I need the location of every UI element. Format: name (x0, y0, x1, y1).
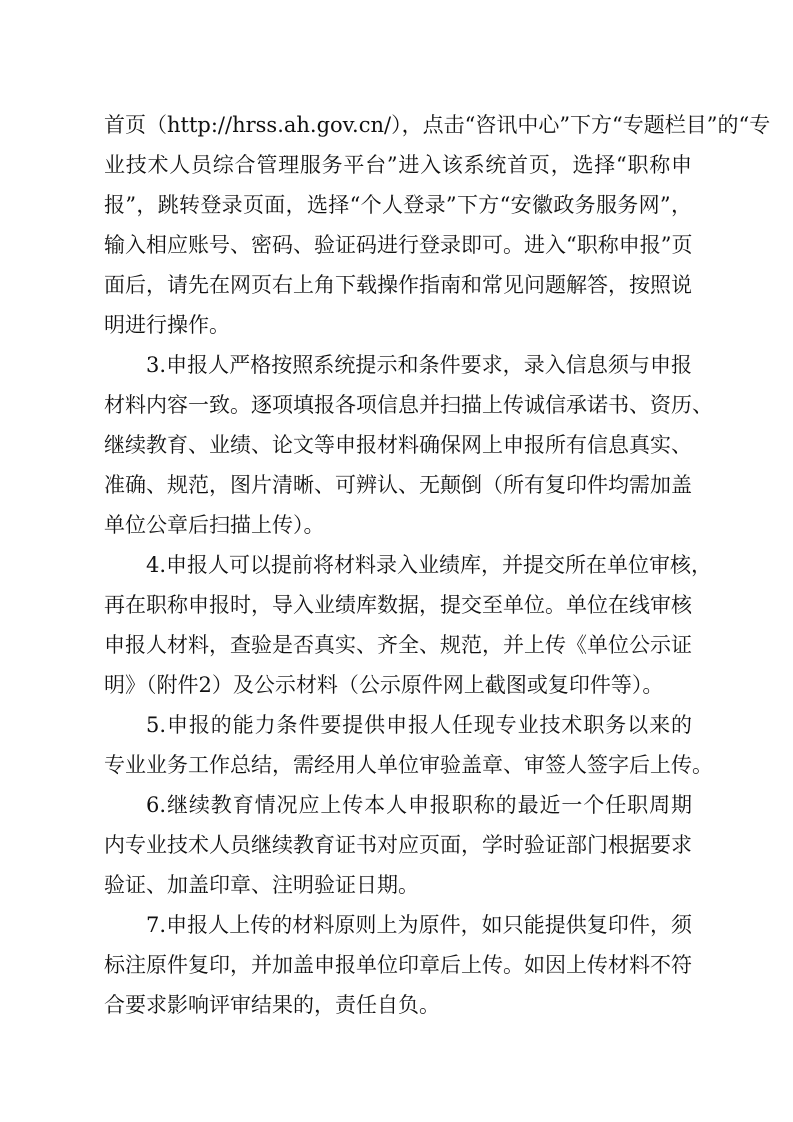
paragraph-login-instructions: 首页（http://hrss.ah.gov.cn/），点击“咨讯中心”下方“专题… (104, 105, 692, 345)
text-line: 5.申报的能力条件要提供申报人任现专业技术职务以来的 (104, 705, 692, 745)
text-line: 申报人材料，查验是否真实、齐全、规范，并上传《单位公示证 (104, 625, 692, 665)
text-line: 准确、规范，图片清晰、可辨认、无颠倒（所有复印件均需加盖 (104, 465, 692, 505)
text-line: 报”，跳转登录页面，选择“个人登录”下方“安徽政务服务网”， (104, 185, 692, 225)
text-line: 合要求影响评审结果的，责任自负。 (104, 985, 692, 1025)
text-line: 专业业务工作总结，需经用人单位审验盖章、审签人签字后上传。 (104, 745, 692, 785)
paragraph-item-7: 7.申报人上传的材料原则上为原件，如只能提供复印件，须 标注原件复印，并加盖申报… (104, 905, 692, 1025)
text-line: 明进行操作。 (104, 305, 692, 345)
paragraph-item-5: 5.申报的能力条件要提供申报人任现专业技术职务以来的 专业业务工作总结，需经用人… (104, 705, 692, 785)
paragraph-item-4: 4.申报人可以提前将材料录入业绩库，并提交所在单位审核， 再在职称申报时，导入业… (104, 545, 692, 705)
paragraph-item-6: 6.继续教育情况应上传本人申报职称的最近一个任职周期 内专业技术人员继续教育证书… (104, 785, 692, 905)
text-line: 面后，请先在网页右上角下载操作指南和常见问题解答，按照说 (104, 265, 692, 305)
text-line: 业技术人员综合管理服务平台”进入该系统首页，选择“职称申 (104, 145, 692, 185)
text-line: 材料内容一致。逐项填报各项信息并扫描上传诚信承诺书、资历、 (104, 385, 692, 425)
text-line: 内专业技术人员继续教育证书对应页面，学时验证部门根据要求 (104, 825, 692, 865)
text-line: 3.申报人严格按照系统提示和条件要求，录入信息须与申报 (104, 345, 692, 385)
text-line: 继续教育、业绩、论文等申报材料确保网上申报所有信息真实、 (104, 425, 692, 465)
text-line: 输入相应账号、密码、验证码进行登录即可。进入“职称申报”页 (104, 225, 692, 265)
text-line: 标注原件复印，并加盖申报单位印章后上传。如因上传材料不符 (104, 945, 692, 985)
text-line: 再在职称申报时，导入业绩库数据，提交至单位。单位在线审核 (104, 585, 692, 625)
text-line: 验证、加盖印章、注明验证日期。 (104, 865, 692, 905)
text-line: 首页（http://hrss.ah.gov.cn/），点击“咨讯中心”下方“专题… (104, 105, 692, 145)
text-line: 明》（附件2）及公示材料（公示原件网上截图或复印件等）。 (104, 665, 692, 705)
paragraph-item-3: 3.申报人严格按照系统提示和条件要求，录入信息须与申报 材料内容一致。逐项填报各… (104, 345, 692, 545)
text-line: 6.继续教育情况应上传本人申报职称的最近一个任职周期 (104, 785, 692, 825)
text-line: 单位公章后扫描上传）。 (104, 505, 692, 545)
text-line: 7.申报人上传的材料原则上为原件，如只能提供复印件，须 (104, 905, 692, 945)
text-line: 4.申报人可以提前将材料录入业绩库，并提交所在单位审核， (104, 545, 692, 585)
document-page: 首页（http://hrss.ah.gov.cn/），点击“咨讯中心”下方“专题… (104, 105, 692, 1025)
